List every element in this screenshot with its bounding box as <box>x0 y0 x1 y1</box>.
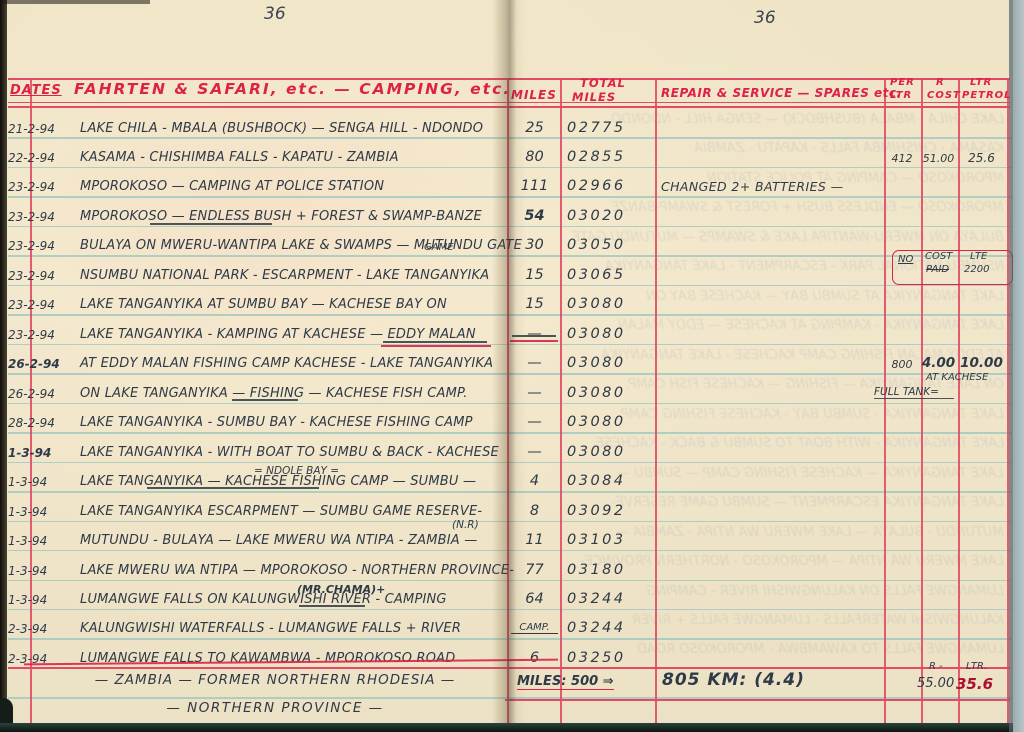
underline-eddy-malan <box>383 341 487 343</box>
entry-text: KASAMA - CHISHIMBA FALLS - KAPATU - ZAMB… <box>80 150 399 165</box>
entry-per-ltr: 800 <box>884 358 920 371</box>
entry-text: MPOROKOSO — ENDLESS BUSH + FOREST & SWAM… <box>80 209 482 224</box>
no-cost-amount: 2200 <box>964 264 989 275</box>
entry-total: 02775 <box>567 120 657 136</box>
entry-date: 23-2-94 <box>8 210 78 224</box>
header-total-miles-bottom: MILES <box>572 90 616 104</box>
header-journey: FAHRTEN & SAFARI, etc. — CAMPING, etc. <box>74 80 511 98</box>
entry-date: 1-3-94 <box>8 475 78 489</box>
header-repair: REPAIR & SERVICE — SPARES etc. <box>661 86 902 100</box>
entry-per-ltr: 412 <box>884 152 920 165</box>
footer-region-line2: — NORTHERN PROVINCE — <box>50 700 500 716</box>
entry-repair: CHANGED 2+ BATTERIES — <box>661 179 843 194</box>
miles-total: MILES: 500 ⇒ <box>517 674 614 690</box>
entry-total: 03065 <box>567 267 657 283</box>
r-total-value: 55.00 <box>917 676 954 691</box>
no-cost-no: NO <box>898 254 913 265</box>
page-number-left: 36 <box>264 4 286 24</box>
header-ltr-petrol-top: LTR <box>970 77 992 88</box>
game-note: GAME <box>424 242 454 253</box>
full-tank-note: FULL TANK= <box>874 386 939 398</box>
entry-date: 23-2-94 <box>8 239 78 253</box>
entry-date: 26-2-94 <box>8 357 78 371</box>
entry-date: 28-2-94 <box>8 416 78 430</box>
scan-edge-right <box>1013 0 1024 732</box>
header-ltr-petrol-bottom: PETROL <box>962 90 1012 101</box>
entry-ltr-petrol: 10.00 <box>957 355 1006 371</box>
entry-text: LAKE TANGANYIKA AT SUMBU BAY — KACHESE B… <box>80 297 447 312</box>
header-total-miles-top: TOTAL <box>580 76 626 90</box>
entry-text: LAKE TANGANYIKA - WITH BOAT TO SUMBU & B… <box>80 445 499 460</box>
header-per-ltr-bottom: LTR <box>890 90 912 101</box>
footer-region-line1: — ZAMBIA — FORMER NORTHERN RHODESIA — <box>50 672 500 688</box>
entry-text: MPOROKOSO — CAMPING AT POLICE STATION <box>80 179 384 194</box>
nr-note: (N.R) <box>452 519 479 531</box>
entry-total: 03050 <box>567 237 657 253</box>
scan-edge-left <box>0 0 7 732</box>
entry-total: 03250 <box>567 650 657 666</box>
entry-total: 03080 <box>567 296 657 312</box>
entry-total: 03180 <box>567 562 657 578</box>
notebook-spread: LAKE CHILA - MBALA (BUSHBOCK) — SENGA HI… <box>0 0 1024 732</box>
km-total: 805 KM: (4.4) <box>662 670 805 690</box>
r-total-label: R - <box>929 661 943 672</box>
entry-date: 1-3-94 <box>8 505 78 519</box>
entry-date: 1-3-94 <box>8 564 78 578</box>
header-dates: DATES <box>10 83 62 98</box>
entry-total: 03080 <box>567 385 657 401</box>
entry-total: 03020 <box>567 208 657 224</box>
entry-date: 23-2-94 <box>8 180 78 194</box>
page-gutter <box>492 0 526 732</box>
entry-text: LAKE CHILA - MBALA (BUSHBOCK) — SENGA HI… <box>80 121 483 136</box>
header-r-cost-top: R <box>936 77 945 88</box>
entry-text: LAKE TANGANYIKA - SUMBU BAY - KACHESE FI… <box>80 415 473 430</box>
entry-total: 03092 <box>567 503 657 519</box>
entry-total: 03080 <box>567 326 657 342</box>
scan-edge-bottom <box>0 723 1024 732</box>
summary-bottom-line <box>505 699 1010 701</box>
entry-r-cost: 51.00 <box>920 152 957 165</box>
at-kachese-note: AT KACHESE <box>926 372 988 383</box>
entry-date: 1-3-94 <box>8 446 78 460</box>
underline-full-tank <box>874 398 954 399</box>
entry-date: 21-2-94 <box>8 122 78 136</box>
entry-date: 26-2-94 <box>8 387 78 401</box>
entry-date: 2-3-94 <box>8 622 78 636</box>
entry-r-cost: 4.00 <box>920 355 957 371</box>
entry-text: NSUMBU NATIONAL PARK - ESCARPMENT - LAKE… <box>80 268 489 283</box>
entry-text: BULAYA ON MWERU-WANTIPA LAKE & SWAMPS — … <box>80 238 522 253</box>
entry-total: 03244 <box>567 591 657 607</box>
entry-total: 03080 <box>567 355 657 371</box>
scan-edge-top <box>0 0 150 4</box>
underline-camping <box>299 605 365 607</box>
entry-date: 1-3-94 <box>8 593 78 607</box>
entry-total: 02966 <box>567 178 657 194</box>
underline-fishing <box>232 399 298 401</box>
entry-date: 23-2-94 <box>8 298 78 312</box>
entry-text: LAKE TANGANYIKA - KAMPING AT KACHESE — E… <box>80 327 476 342</box>
no-cost-paid: PAID <box>926 264 949 275</box>
no-cost-lte: LTE <box>970 251 987 262</box>
entry-text: KALUNGWISHI WATERFALLS - LUMANGWE FALLS … <box>80 621 461 636</box>
entry-text: LAKE TANGANYIKA ESCARPMENT — SUMBU GAME … <box>80 504 482 519</box>
ltr-total-label: LTR. <box>966 661 987 672</box>
entry-total: 03084 <box>567 473 657 489</box>
entry-date: 22-2-94 <box>8 151 78 165</box>
entry-text: MUTUNDU - BULAYA — LAKE MWERU WA NTIPA -… <box>80 533 477 548</box>
entry-total: 03103 <box>567 532 657 548</box>
entry-text: LAKE MWERU WA NTIPA — MPOROKOSO - NORTHE… <box>80 563 514 578</box>
entry-date: 23-2-94 <box>8 269 78 283</box>
entry-ltr-petrol: 25.6 <box>957 151 1006 165</box>
ltr-total-value: 35.6 <box>956 675 993 693</box>
no-cost-cost: COST <box>925 251 952 262</box>
ndole-bay-note: = NDOLE BAY = <box>254 465 339 477</box>
entry-text: LUMANGWE FALLS ON KALUNGWISHI RIVER - CA… <box>80 592 447 607</box>
entry-total: 03080 <box>567 444 657 460</box>
underline-eddy-malan-red <box>381 345 491 347</box>
entry-date: 1-3-94 <box>8 534 78 548</box>
header-r-cost-bottom: COST <box>927 90 961 101</box>
mr-chama-note: (MR.CHAMA)+ <box>297 583 385 596</box>
underline-endless-bush <box>150 223 272 225</box>
entry-text: AT EDDY MALAN FISHING CAMP KACHESE - LAK… <box>80 356 493 371</box>
underline-kachese-camp <box>147 487 319 489</box>
entry-total: 02855 <box>567 149 657 165</box>
entry-date: 23-2-94 <box>8 328 78 342</box>
page-number-right: 36 <box>754 8 776 28</box>
entry-total: 03080 <box>567 414 657 430</box>
entry-total: 03244 <box>567 620 657 636</box>
header-per-ltr-top: PER <box>890 77 915 88</box>
